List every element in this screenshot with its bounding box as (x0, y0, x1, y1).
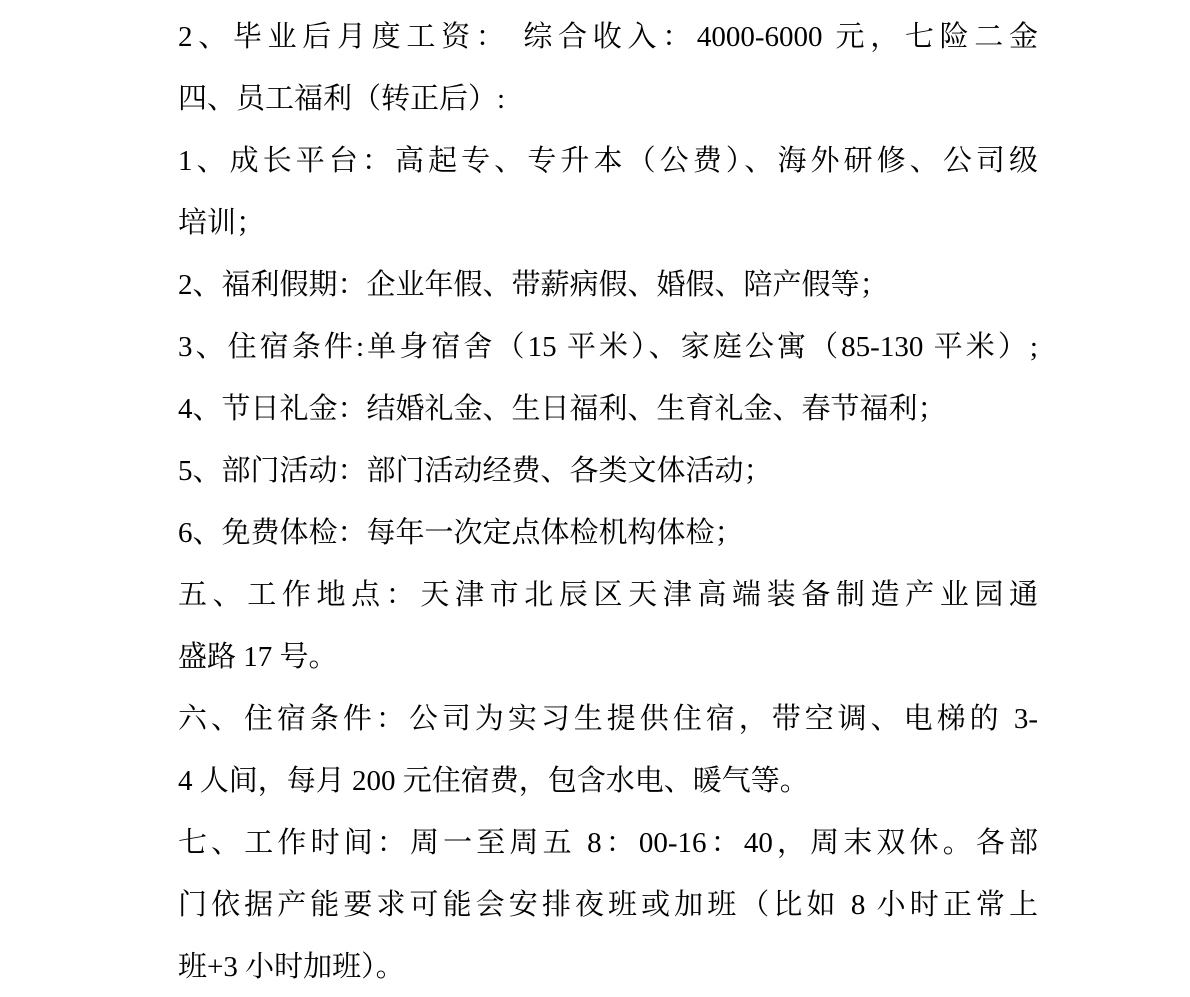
document-line: 门依据产能要求可能会安排夜班或加班（比如 8 小时正常上 (178, 874, 1038, 936)
document-body: 2、毕业后月度工资： 综合收入：4000-6000 元，七险二金四、员工福利（转… (178, 6, 1038, 997)
document-line: 2、毕业后月度工资： 综合收入：4000-6000 元，七险二金 (178, 6, 1038, 68)
document-line: 4、节日礼金：结婚礼金、生日福利、生育礼金、春节福利； (178, 378, 1038, 440)
document-line: 五、工作地点：天津市北辰区天津高端装备制造产业园通 (178, 564, 1038, 626)
document-line: 四、员工福利（转正后）: (178, 68, 1038, 130)
document-line: 六、住宿条件：公司为实习生提供住宿，带空调、电梯的 3- (178, 688, 1038, 750)
document-line: 4 人间，每月 200 元住宿费，包含水电、暖气等。 (178, 750, 1038, 812)
document-line: 5、部门活动：部门活动经费、各类文体活动； (178, 440, 1038, 502)
document-line: 盛路 17 号。 (178, 626, 1038, 688)
document-line: 培训； (178, 192, 1038, 254)
document-line: 1、成长平台：高起专、专升本（公费）、海外研修、公司级 (178, 130, 1038, 192)
document-line: 2、福利假期：企业年假、带薪病假、婚假、陪产假等； (178, 254, 1038, 316)
document-line: 3、住宿条件:单身宿舍（15 平米）、家庭公寓（85-130 平米）; (178, 316, 1038, 378)
document-line: 6、免费体检：每年一次定点体检机构体检； (178, 502, 1038, 564)
document-line: 七、工作时间：周一至周五 8：00-16：40，周末双休。各部 (178, 812, 1038, 874)
document-page: 2、毕业后月度工资： 综合收入：4000-6000 元，七险二金四、员工福利（转… (0, 0, 1190, 997)
document-line: 班+3 小时加班）。 (178, 936, 1038, 997)
